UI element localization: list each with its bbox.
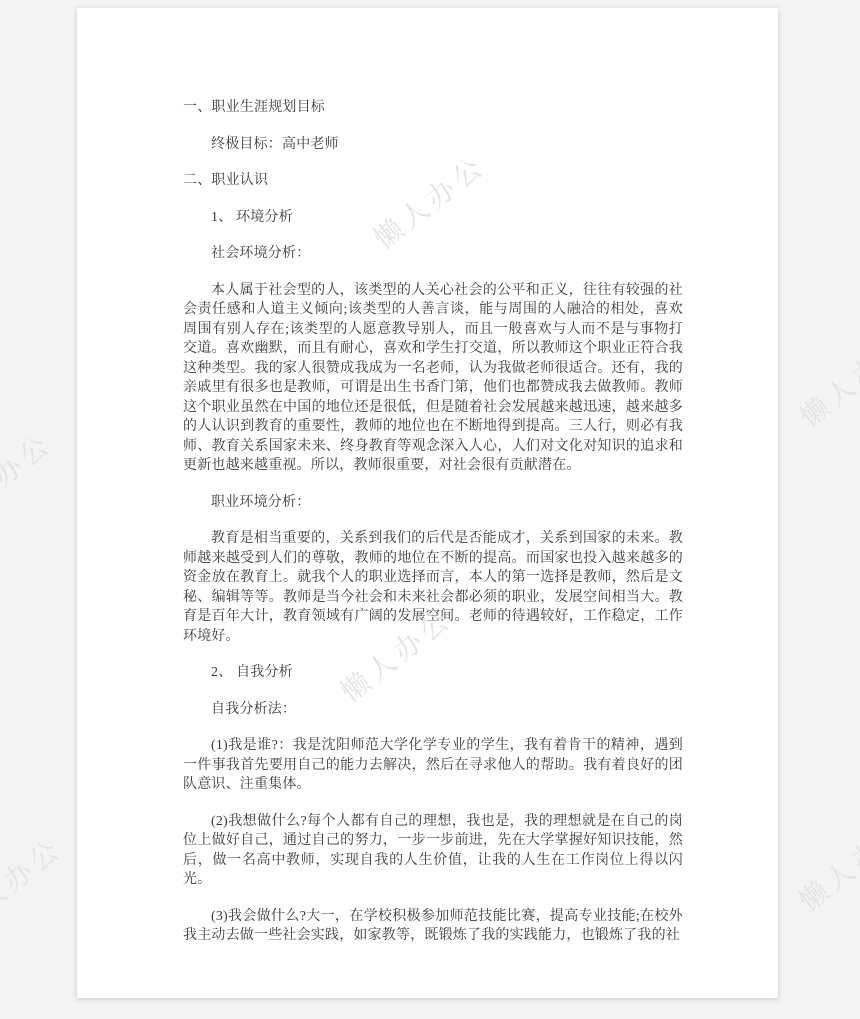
watermark: 懒人办公	[790, 807, 860, 920]
sub-heading: 1、 环境分析	[211, 208, 683, 228]
body-paragraph: (3)我会做什么?大一，在学校积极参加师范技能比赛，提高专业技能;在校外我主动去…	[183, 907, 683, 946]
watermark: 懒人办公	[791, 323, 860, 436]
document-page: 一、职业生涯规划目标 终极目标：高中老师 二、职业认识 1、 环境分析 社会环境…	[77, 8, 778, 998]
watermark: 懒人办公	[0, 423, 60, 536]
sub-heading: 2、 自我分析	[211, 663, 683, 683]
body-paragraph: 本人属于社会型的人，该类型的人关心社会的公平和正义，往往有较强的社会责任感和人道…	[183, 281, 683, 476]
section-heading: 一、职业生涯规划目标	[183, 98, 683, 118]
canvas: { "page": { "background_color": "#f4f4f5…	[0, 0, 860, 1019]
sub-heading: 职业环境分析：	[211, 493, 683, 513]
body-paragraph: (1)我是谁?：我是沈阳师范大学化学专业的学生，我有着肯干的精神，遇到一件事我首…	[183, 736, 683, 795]
watermark: 懒人办公	[0, 828, 70, 941]
sub-heading: 社会环境分析：	[211, 244, 683, 264]
body-paragraph: 教育是相当重要的，关系到我们的后代是否能成才，关系到国家的未来。教师越来越受到人…	[183, 529, 683, 646]
sub-heading: 终极目标：高中老师	[211, 135, 683, 155]
section-heading: 二、职业认识	[183, 171, 683, 191]
body-paragraph: (2)我想做什么?每个人都有自己的理想，我也是，我的理想就是在自己的岗位上做好自…	[183, 812, 683, 890]
sub-heading: 自我分析法：	[211, 700, 683, 720]
